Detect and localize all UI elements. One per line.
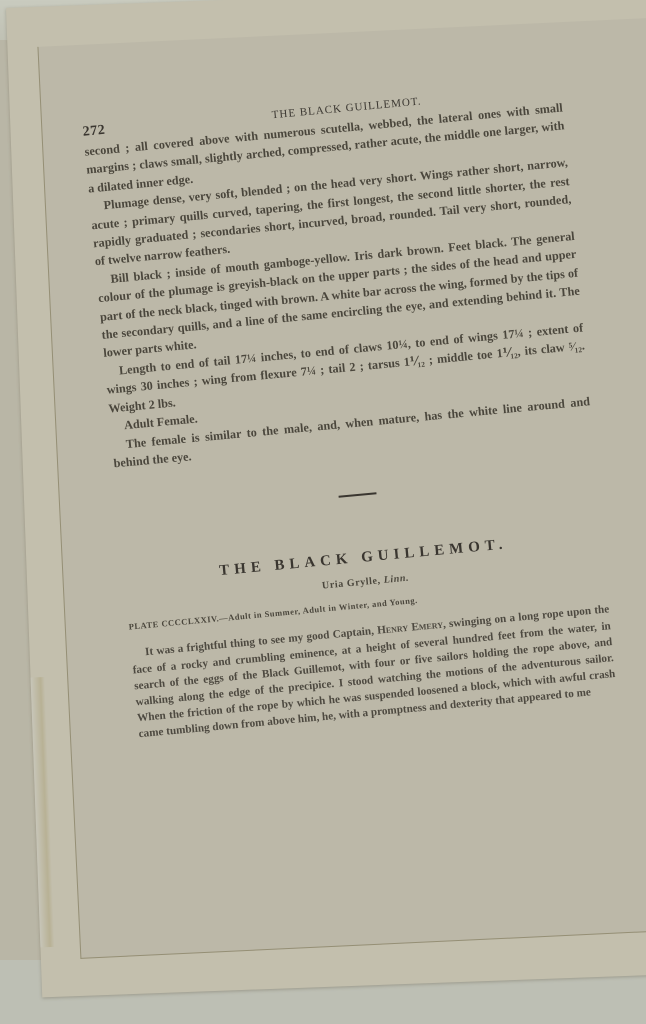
page-text-block: 272 THE BLACK GUILLEMOT. second ; all co…	[82, 81, 617, 743]
species-name: Uria Grylle,	[322, 576, 382, 592]
paper-mount: 272 THE BLACK GUILLEMOT. second ; all co…	[6, 0, 646, 997]
book-page: 272 THE BLACK GUILLEMOT. second ; all co…	[37, 18, 646, 959]
page-number: 272	[82, 123, 106, 141]
person-name: Henry Emery	[377, 619, 444, 637]
torn-edge	[31, 677, 55, 947]
authority: Linn.	[383, 573, 409, 586]
description-text: second ; all covered above with numerous…	[84, 98, 593, 472]
section-divider	[339, 493, 377, 499]
